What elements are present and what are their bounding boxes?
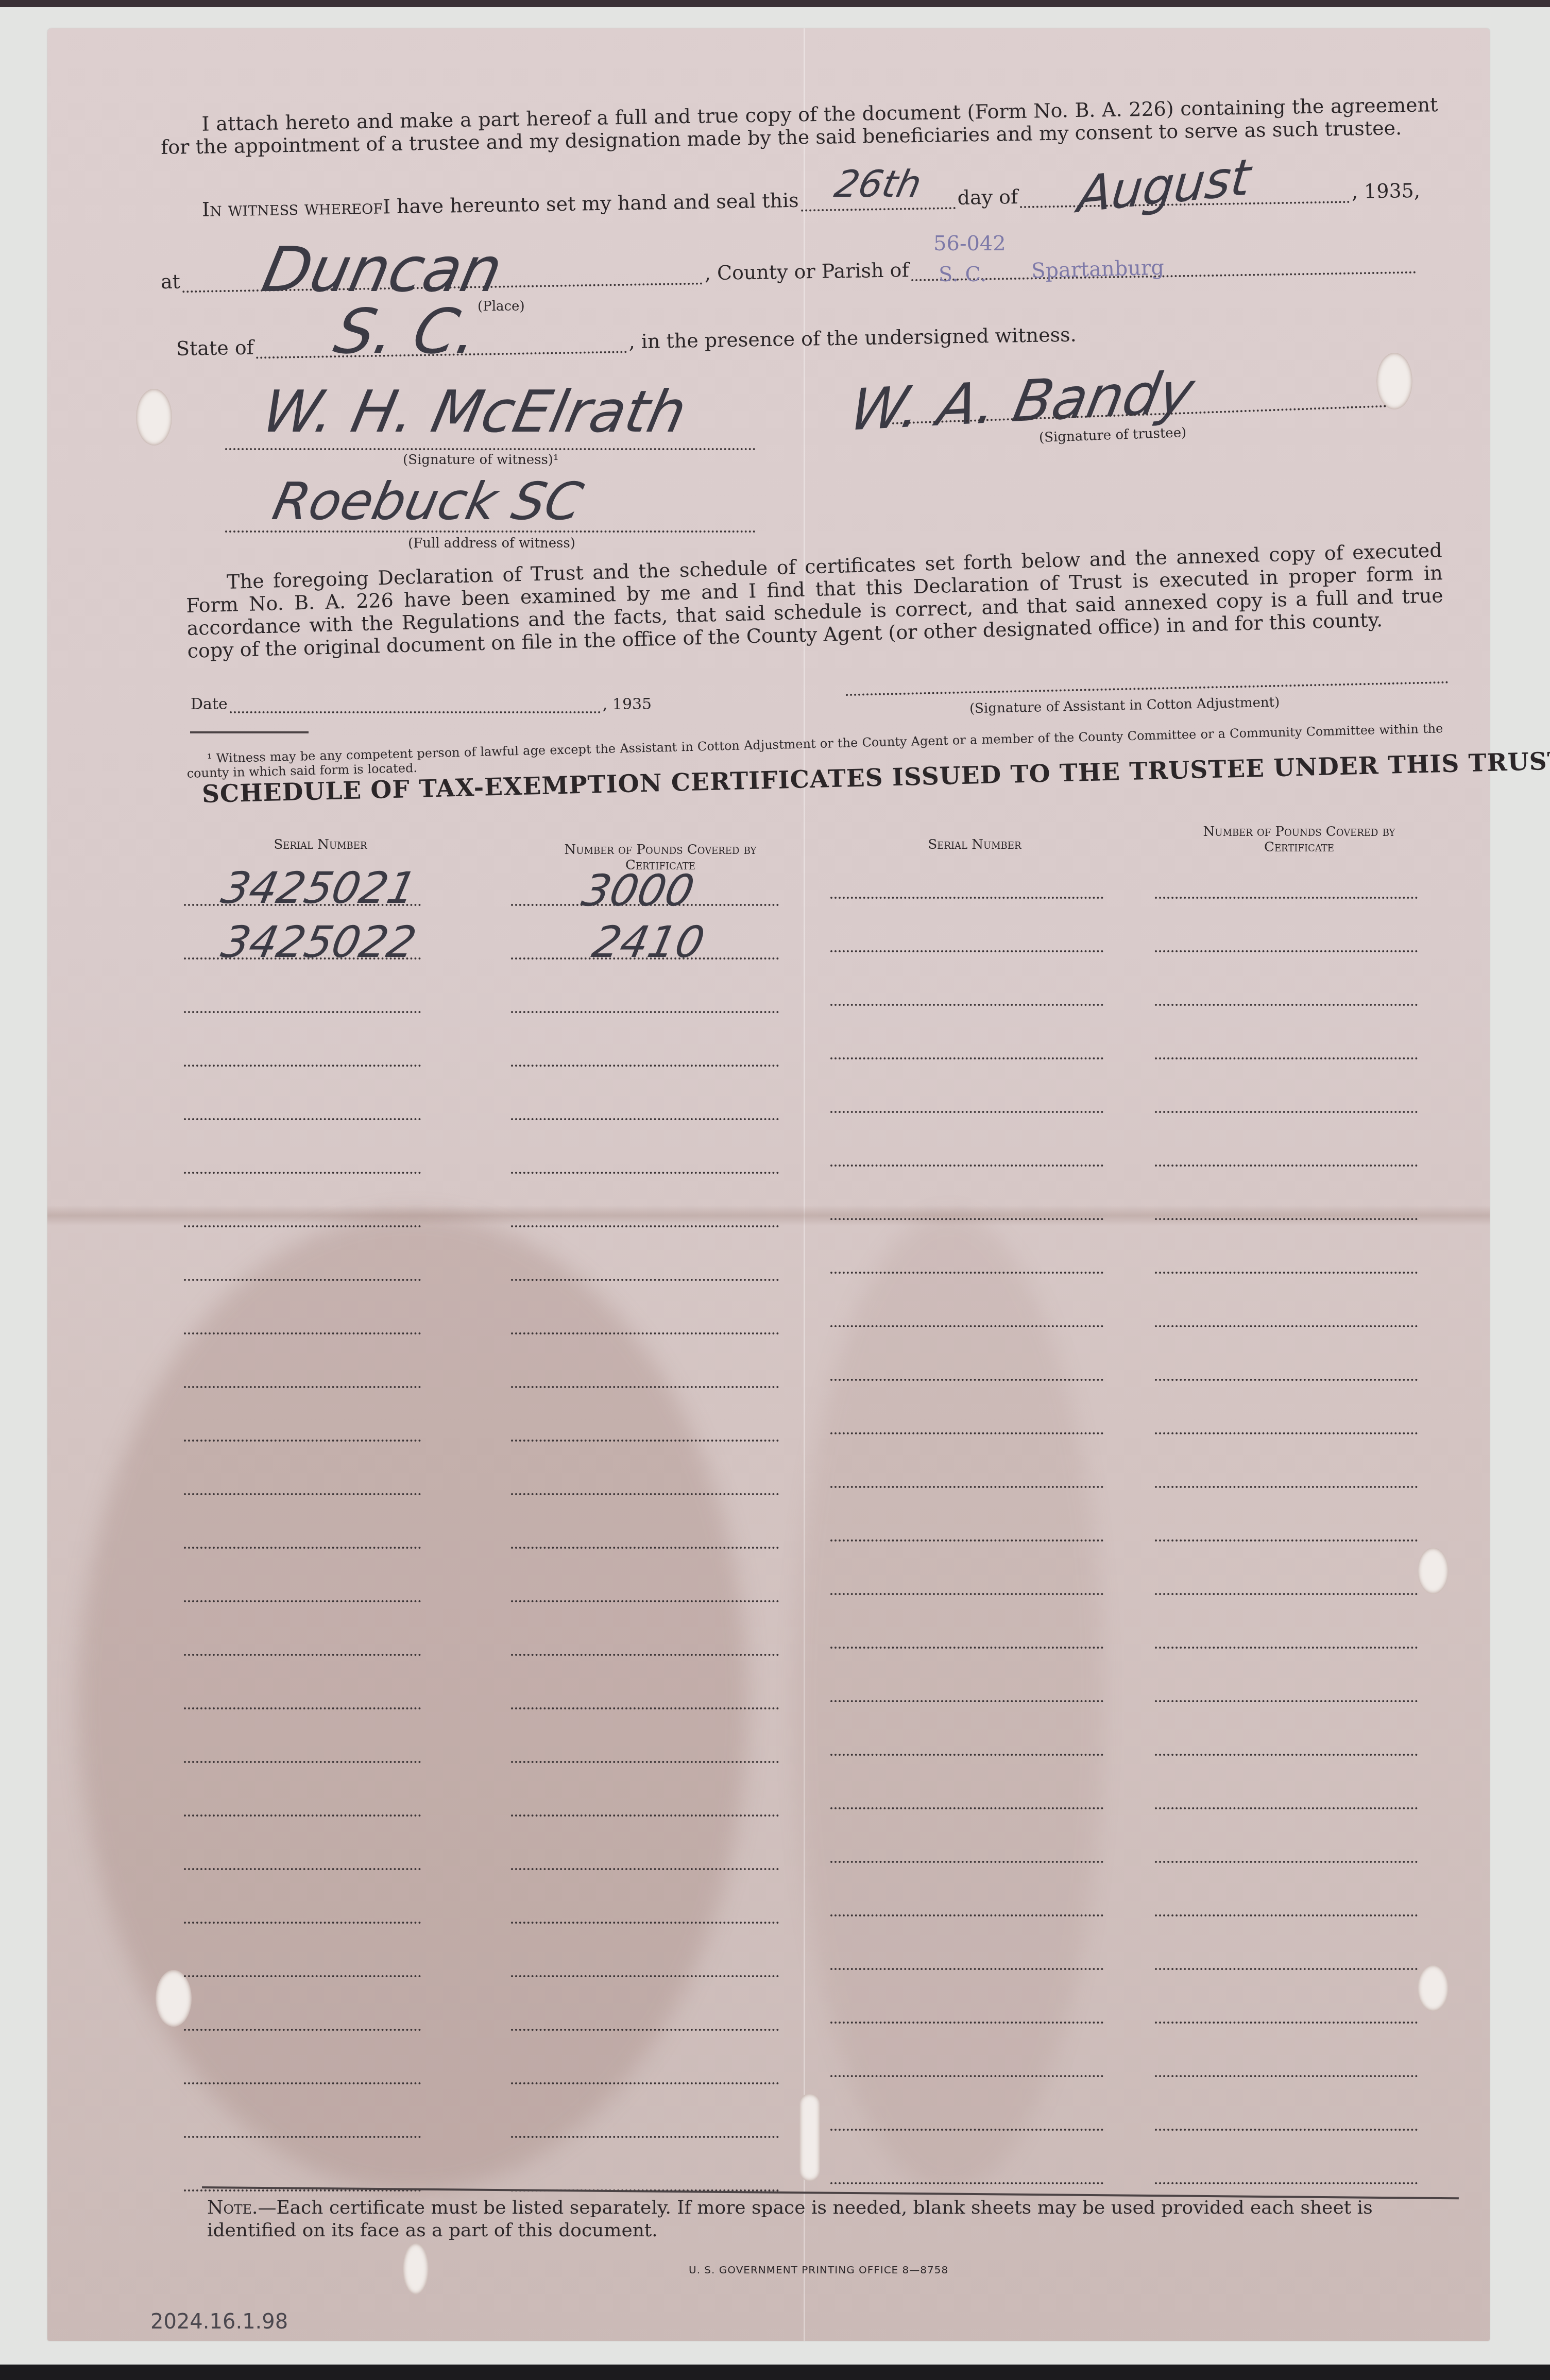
- witness-clause-prefix: In witness whereof: [202, 195, 383, 221]
- entry-serial-2: 3425022: [217, 917, 421, 967]
- schedule-cell-line[interactable]: [830, 1968, 1103, 1970]
- certification-paragraph: The foregoing Declaration of Trust and t…: [185, 539, 1444, 662]
- schedule-cell-line[interactable]: [830, 1379, 1103, 1381]
- accession-number: 2024.16.1.98: [150, 2310, 288, 2334]
- schedule-cell-line[interactable]: [184, 1547, 421, 1549]
- state-line-suffix: , in the presence of the undersigned wit…: [628, 323, 1077, 353]
- place-value-handwritten: Duncan: [256, 234, 508, 306]
- printer-line: U. S. GOVERNMENT PRINTING OFFICE 8—8758: [689, 2264, 948, 2276]
- schedule-cell-line[interactable]: [511, 1868, 779, 1870]
- schedule-cell-line[interactable]: [830, 1807, 1103, 1809]
- stamp-code: 56-042: [933, 232, 1006, 255]
- schedule-cell-line[interactable]: [1155, 1272, 1418, 1274]
- entry-pounds-1: 3000: [578, 865, 699, 916]
- schedule-cell-line[interactable]: [184, 1707, 421, 1709]
- date-line: Date , 1935: [191, 695, 652, 713]
- witness-signature-line[interactable]: [225, 448, 756, 450]
- note-text: —Each certificate must be listed separat…: [207, 2197, 1373, 2241]
- schedule-cell-line[interactable]: [511, 2029, 779, 2031]
- schedule-cell-line[interactable]: [511, 1172, 779, 1174]
- day-of-label: day of: [957, 185, 1018, 209]
- schedule-cell-line[interactable]: [1155, 1593, 1418, 1595]
- schedule-cell-line[interactable]: [511, 1814, 779, 1817]
- schedule-cell-line[interactable]: [830, 1218, 1103, 1220]
- schedule-cell-line[interactable]: [511, 2082, 779, 2084]
- form-content: I attach hereto and make a part hereof a…: [47, 28, 1490, 2341]
- entry-pounds-2: 2410: [588, 917, 709, 967]
- month-value-handwritten: August: [1075, 148, 1253, 225]
- schedule-cell-line[interactable]: [511, 1386, 779, 1388]
- schedule-cell-line[interactable]: [511, 1225, 779, 1227]
- county-label: , County or Parish of: [704, 259, 909, 284]
- date-year-suffix: , 1935: [603, 695, 652, 713]
- schedule-cell-line[interactable]: [830, 1486, 1103, 1488]
- document-sheet: I attach hereto and make a part hereof a…: [47, 28, 1490, 2341]
- schedule-cell-line[interactable]: [830, 1325, 1103, 1327]
- schedule-cell-line[interactable]: [1155, 1325, 1418, 1327]
- schedule-cell-line[interactable]: [184, 1440, 421, 1442]
- schedule-cell-line[interactable]: [1155, 1700, 1418, 1702]
- schedule-cell-line[interactable]: [1155, 1861, 1418, 1863]
- schedule-cell-line[interactable]: [184, 1386, 421, 1388]
- witness-address-caption: (Full address of witness): [408, 536, 575, 551]
- schedule-cell-line[interactable]: [1155, 2075, 1418, 2077]
- schedule-cell-line[interactable]: [184, 1332, 421, 1334]
- schedule-cell-line[interactable]: [830, 1165, 1103, 1167]
- schedule-cell-line[interactable]: [184, 2082, 421, 2084]
- schedule-cell-line[interactable]: [1155, 1486, 1418, 1488]
- schedule-cell-line[interactable]: [184, 2136, 421, 2138]
- schedule-cell-line[interactable]: [830, 2182, 1103, 2184]
- schedule-cell-line[interactable]: [1155, 1218, 1418, 1220]
- schedule-cell-line[interactable]: [830, 950, 1103, 952]
- schedule-cell-line[interactable]: [511, 1547, 779, 1549]
- column-header-serial-1: Serial Number: [228, 837, 413, 852]
- schedule-cell-line[interactable]: [511, 1922, 779, 1924]
- schedule-cell-line[interactable]: [830, 1593, 1103, 1595]
- bottom-note: Note.—Each certificate must be listed se…: [207, 2197, 1454, 2242]
- schedule-cell-line[interactable]: [511, 1600, 779, 1602]
- schedule-cell-line[interactable]: [184, 1814, 421, 1817]
- schedule-cell-line[interactable]: [184, 1922, 421, 1924]
- entry-serial-1: 3425021: [217, 863, 421, 913]
- background-bottom-edge: [0, 2365, 1550, 2380]
- schedule-cell-line[interactable]: [1155, 1432, 1418, 1434]
- schedule-cell-line[interactable]: [830, 2075, 1103, 2077]
- schedule-cell-line[interactable]: [1155, 2129, 1418, 2131]
- schedule-cell-line[interactable]: [1155, 1968, 1418, 1970]
- schedule-cell-line[interactable]: [830, 1861, 1103, 1863]
- county-stamp-state: S. C.: [939, 263, 986, 286]
- year-suffix: , 1935,: [1352, 179, 1421, 203]
- schedule-cell-line[interactable]: [1155, 1807, 1418, 1809]
- schedule-cell-line[interactable]: [184, 1118, 421, 1120]
- schedule-cell-line[interactable]: [1155, 950, 1418, 952]
- schedule-cell-line[interactable]: [1155, 1111, 1418, 1113]
- column-header-serial-2: Serial Number: [882, 837, 1067, 852]
- background-top-edge: [0, 0, 1550, 7]
- schedule-cell-line[interactable]: [830, 1539, 1103, 1542]
- note-label: Note.: [207, 2197, 258, 2218]
- date-field[interactable]: [230, 698, 601, 713]
- schedule-cell-line[interactable]: [1155, 2022, 1418, 2024]
- schedule-cell-line[interactable]: [184, 1279, 421, 1281]
- witness-address-handwritten: Roebuck SC: [268, 471, 588, 532]
- schedule-cell-line[interactable]: [830, 1647, 1103, 1649]
- schedule-cell-line[interactable]: [511, 1761, 779, 1763]
- footnote-rule: [190, 731, 309, 733]
- schedule-cell-line[interactable]: [184, 1654, 421, 1656]
- schedule-cell-line[interactable]: [511, 1440, 779, 1442]
- schedule-cell-line[interactable]: [511, 1118, 779, 1120]
- schedule-cell-line[interactable]: [184, 1868, 421, 1870]
- schedule-cell-line[interactable]: [830, 1111, 1103, 1113]
- schedule-cell-line[interactable]: [830, 1432, 1103, 1434]
- assistant-signature-line[interactable]: [846, 681, 1449, 696]
- witness-clause-text: I have hereunto set my hand and seal thi…: [383, 189, 799, 218]
- assistant-signature-caption: (Signature of Assistant in Cotton Adjust…: [969, 695, 1280, 717]
- schedule-cell-line[interactable]: [1155, 1647, 1418, 1649]
- schedule-cell-line[interactable]: [1155, 1914, 1418, 1916]
- schedule-cell-line[interactable]: [830, 1754, 1103, 1756]
- schedule-cell-line[interactable]: [1155, 897, 1418, 899]
- schedule-cell-line[interactable]: [1155, 1379, 1418, 1381]
- schedule-cell-line[interactable]: [184, 1761, 421, 1763]
- schedule-cell-line[interactable]: [511, 1065, 779, 1067]
- schedule-cell-line[interactable]: [184, 2029, 421, 2031]
- schedule-cell-line[interactable]: [184, 1011, 421, 1013]
- state-line: State of , in the presence of the unders…: [176, 323, 1077, 360]
- place-caption: (Place): [478, 299, 525, 314]
- schedule-cell-line[interactable]: [184, 1975, 421, 1977]
- schedule-cell-line[interactable]: [830, 1700, 1103, 1702]
- schedule-cell-line[interactable]: [511, 1011, 779, 1013]
- schedule-cell-line[interactable]: [184, 1172, 421, 1174]
- schedule-cell-line[interactable]: [1155, 1165, 1418, 1167]
- schedule-cell-line[interactable]: [830, 1004, 1103, 1006]
- column-header-pounds-2: Number of Pounds Covered by Certificate: [1181, 824, 1418, 855]
- schedule-cell-line[interactable]: [184, 1600, 421, 1602]
- schedule-cell-line[interactable]: [511, 1654, 779, 1656]
- schedule-cell-line[interactable]: [511, 1493, 779, 1495]
- schedule-cell-line[interactable]: [511, 1975, 779, 1977]
- schedule-cell-line[interactable]: [511, 1279, 779, 1281]
- schedule-cell-line[interactable]: [830, 1057, 1103, 1059]
- schedule-cell-line[interactable]: [1155, 1004, 1418, 1006]
- day-value-handwritten: 26th: [831, 162, 925, 206]
- schedule-cell-line[interactable]: [511, 1707, 779, 1709]
- state-value-handwritten: S. C.: [328, 296, 485, 368]
- date-label: Date: [191, 695, 228, 713]
- schedule-cell-line[interactable]: [830, 897, 1103, 899]
- schedule-cell-line[interactable]: [1155, 2182, 1418, 2184]
- schedule-cell-line[interactable]: [184, 1225, 421, 1227]
- schedule-cell-line[interactable]: [1155, 1539, 1418, 1542]
- schedule-cell-line[interactable]: [184, 1065, 421, 1067]
- witness-address-line[interactable]: [225, 530, 756, 533]
- county-stamp-county: Spartanburg: [1031, 256, 1164, 283]
- schedule-cell-line[interactable]: [1155, 1754, 1418, 1756]
- schedule-cell-line[interactable]: [184, 1493, 421, 1495]
- schedule-cell-line[interactable]: [1155, 1057, 1418, 1059]
- at-label: at: [161, 270, 181, 293]
- schedule-cell-line[interactable]: [511, 1332, 779, 1334]
- schedule-cell-line[interactable]: [830, 2129, 1103, 2131]
- schedule-cell-line[interactable]: [830, 1272, 1103, 1274]
- schedule-cell-line[interactable]: [511, 2136, 779, 2138]
- state-label: State of: [176, 336, 254, 360]
- witness-signature: W. H. McElrath: [257, 379, 692, 446]
- schedule-cell-line[interactable]: [830, 2022, 1103, 2024]
- schedule-cell-line[interactable]: [830, 1914, 1103, 1916]
- witness-signature-caption: (Signature of witness)¹: [403, 452, 558, 468]
